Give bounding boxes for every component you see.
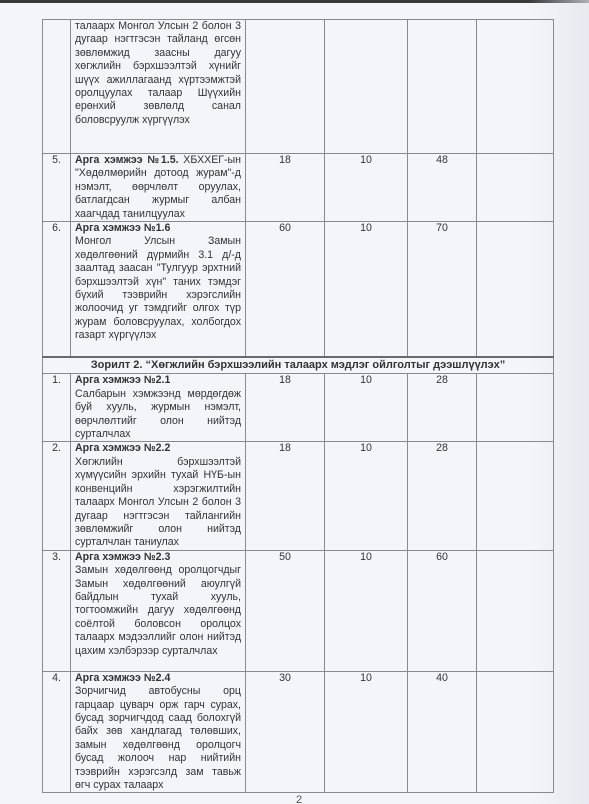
- activity-text: Зорчигчид автобусны орц гарцаар цуварч о…: [75, 685, 241, 792]
- row-number: 2.: [43, 442, 71, 550]
- table-row: 5. Арга хэмжээ №1.5. ХБХХЕГ-ын "Хөдөлмөр…: [43, 154, 554, 222]
- value-col-3: 28: [408, 442, 477, 550]
- activity-title: Арга хэмжээ №1.6: [75, 222, 241, 235]
- value-col-3: [408, 20, 477, 154]
- row-number: 4.: [43, 671, 71, 793]
- value-col-2: 10: [325, 442, 408, 550]
- value-col-2: 10: [325, 550, 408, 671]
- activities-table: талаарх Монгол Улсын 2 болон 3 дугаар нэ…: [42, 19, 554, 793]
- value-col-1: 50: [246, 550, 325, 671]
- value-col-2: 10: [325, 222, 408, 358]
- activity-text: Замын хөдөлгөөнд оролцогчдыг Замын хөдөл…: [75, 564, 241, 658]
- value-col-1: 18: [246, 154, 325, 222]
- activity-text: Хөгжлийн бэрхшээлтэй хүмүүсийн эрхийн ту…: [75, 456, 241, 550]
- activity-description: Арга хэмжээ №1.6 Монгол Улсын Замын хөдө…: [71, 222, 246, 358]
- page-number: 2: [296, 794, 302, 804]
- section-title: Зорилт 2. “Хөгжлийн бэрхшээлийн талаарх …: [43, 357, 554, 374]
- value-col-4: [477, 442, 554, 550]
- value-col-1: [246, 20, 325, 154]
- value-col-1: 18: [246, 374, 325, 442]
- value-col-2: 10: [325, 374, 408, 442]
- table-row: 4. Арга хэмжээ №2.4 Зорчигчид автобусны …: [43, 671, 554, 793]
- activity-text: талаарх Монгол Улсын 2 болон 3 дугаар нэ…: [75, 20, 241, 126]
- activity-title: Арга хэмжээ №2.1: [75, 374, 241, 387]
- activity-title: Арга хэмжээ №1.5.: [75, 154, 179, 166]
- activity-text: Монгол Улсын Замын хөдөлгөөний дүрмийн 3…: [75, 235, 241, 342]
- table-row: 3. Арга хэмжээ №2.3 Замын хөдөлгөөнд оро…: [43, 550, 554, 671]
- value-col-3: 40: [408, 671, 477, 793]
- row-number: 1.: [43, 374, 71, 442]
- table-row: талаарх Монгол Улсын 2 болон 3 дугаар нэ…: [43, 20, 554, 154]
- table-row: 2. Арга хэмжээ №2.2 Хөгжлийн бэрхшээлтэй…: [43, 442, 554, 550]
- value-col-4: [477, 154, 554, 222]
- value-col-4: [477, 222, 554, 358]
- activity-text: Салбарын хэмжээнд мөрдөгдөж буй хууль, ж…: [75, 388, 241, 442]
- activity-description: Арга хэмжээ №2.1 Салбарын хэмжээнд мөрдө…: [71, 374, 246, 442]
- value-col-4: [477, 20, 554, 154]
- section-header-row: Зорилт 2. “Хөгжлийн бэрхшээлийн талаарх …: [43, 357, 554, 374]
- value-col-4: [477, 671, 554, 793]
- value-col-4: [477, 374, 554, 442]
- row-number: 3.: [43, 550, 71, 671]
- activity-description: Арга хэмжээ №1.5. ХБХХЕГ-ын "Хөдөлмөрийн…: [71, 154, 246, 222]
- value-col-2: 10: [325, 154, 408, 222]
- value-col-3: 48: [408, 154, 477, 222]
- value-col-3: 70: [408, 222, 477, 358]
- activity-title: Арга хэмжээ №2.4: [75, 672, 241, 685]
- activity-title: Арга хэмжээ №2.3: [75, 551, 241, 564]
- value-col-2: [325, 20, 408, 154]
- activity-title: Арга хэмжээ №2.2: [75, 442, 241, 455]
- activity-description: Арга хэмжээ №2.4 Зорчигчид автобусны орц…: [71, 671, 246, 793]
- row-number: 5.: [43, 154, 71, 222]
- value-col-1: 60: [246, 222, 325, 358]
- activity-description: Арга хэмжээ №2.2 Хөгжлийн бэрхшээлтэй хү…: [71, 442, 246, 550]
- value-col-3: 60: [408, 550, 477, 671]
- value-col-3: 28: [408, 374, 477, 442]
- value-col-1: 30: [246, 671, 325, 793]
- value-col-1: 18: [246, 442, 325, 550]
- table-row: 6. Арга хэмжээ №1.6 Монгол Улсын Замын х…: [43, 222, 554, 358]
- scan-top-edge: [0, 0, 589, 3]
- activity-description: Арга хэмжээ №2.3 Замын хөдөлгөөнд оролцо…: [71, 550, 246, 671]
- row-number: [43, 20, 71, 154]
- value-col-4: [477, 550, 554, 671]
- table-row: 1. Арга хэмжээ №2.1 Салбарын хэмжээнд мө…: [43, 374, 554, 442]
- activity-description: талаарх Монгол Улсын 2 болон 3 дугаар нэ…: [71, 20, 246, 154]
- value-col-2: 10: [325, 671, 408, 793]
- row-number: 6.: [43, 222, 71, 358]
